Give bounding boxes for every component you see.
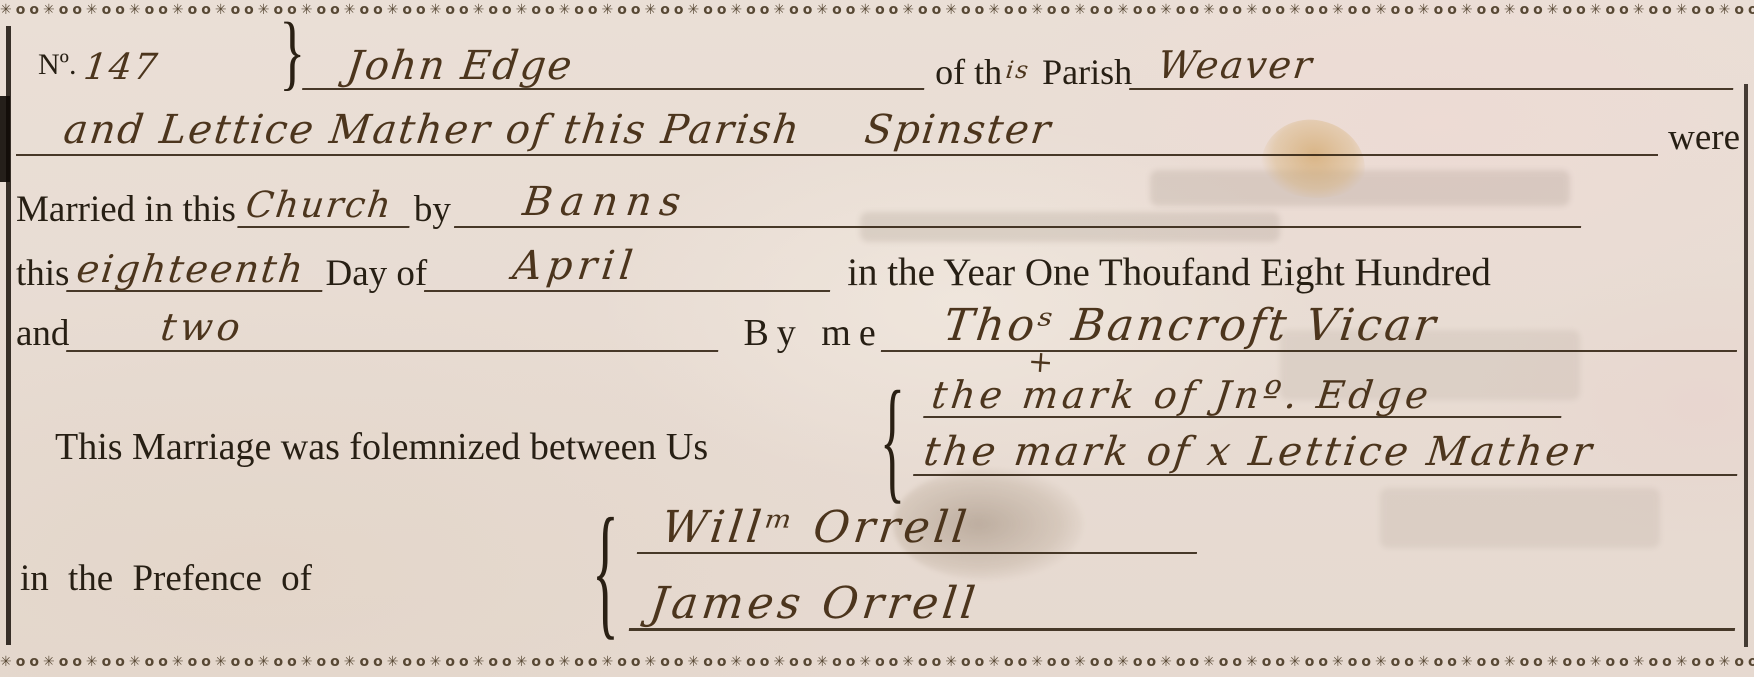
printed-were: were [1668,119,1740,156]
printed-by: by [414,191,451,228]
bride-condition: Spinster [798,106,1055,154]
bride-mark-line: the mark of x Lettice Mather [916,428,1740,476]
entry-brace: } [279,10,305,94]
marriage-method: Banns [454,178,1587,228]
officiant-signature: Thoˢ Bancroft Vicar [881,300,1744,352]
printed-of-this: of th [935,54,1002,90]
witness-2-line: James Orrell [632,578,1738,631]
entry-line-4: this eighteenth Day of April in the Year… [16,242,1744,292]
printed-this: this [16,255,69,292]
presence-label: in the Prefence of [20,560,312,597]
right-page-edge [1744,84,1748,647]
groom-name: John Edge [302,42,930,90]
entry-line-1: Nº. 147 } John Edge of th is Parish Weav… [38,40,1736,90]
year-written: two [66,304,724,352]
bottom-border-ornament: ✳oo✳oo✳oo✳oo✳oo✳oo✳oo✳oo✳oo✳oo✳oo✳oo✳oo✳… [0,649,1754,677]
record-number-label: Nº. [38,50,76,80]
bride-rule: and Lettice Mather of this Parish Spinst… [16,106,1658,156]
witness-2: James Orrell [629,578,1742,631]
solemnized-label-row: This Marriage was folemnized between Us [55,428,915,466]
marriage-day: eighteenth [67,246,329,292]
inserted-is: is [1005,58,1032,82]
printed-by-me: By me [743,314,883,352]
groom-mark: the mark of Jnº. Edge [923,372,1567,418]
bride-entry: and Lettice Mather of this Parish [13,106,804,154]
bride-mark: the mark of x Lettice Mather [913,428,1743,476]
presence-label-row: in the Prefence of [20,560,580,597]
printed-and: and [16,315,69,352]
marriage-place: Church [237,184,414,228]
solemnized-label: This Marriage was folemnized between Us [55,428,708,466]
printed-day-of: Day of [325,255,427,292]
groom-occupation: Weaver [1129,42,1739,90]
record-number: 147 [82,50,161,86]
printed-parish: Parish [1042,54,1132,90]
top-border-ornament: ✳oo✳oo✳oo✳oo✳oo✳oo✳oo✳oo✳oo✳oo✳oo✳oo✳oo✳… [0,0,1754,27]
witness-1-line: Willᵐ Orrell [640,502,1200,554]
groom-mark-line: the mark of Jnº. Edge [926,372,1564,418]
printed-year: in the Year One Thoufand Eight Hundred [847,253,1744,292]
witness-1: Willᵐ Orrell [637,502,1203,554]
printed-married-in-this: Married in this [16,191,236,228]
entry-line-5: and two By me Thoˢ Bancroft Vicar [16,300,1740,352]
presence-brace: { [592,498,619,646]
left-page-edge-shadow [0,96,10,182]
ink-bleedthrough [1380,488,1660,548]
entry-line-3: Married in this Church by Banns [16,178,1584,228]
solemnized-brace: { [880,374,905,512]
marriage-month: April [424,242,836,292]
entry-line-2: and Lettice Mather of this Parish Spinst… [16,106,1740,156]
